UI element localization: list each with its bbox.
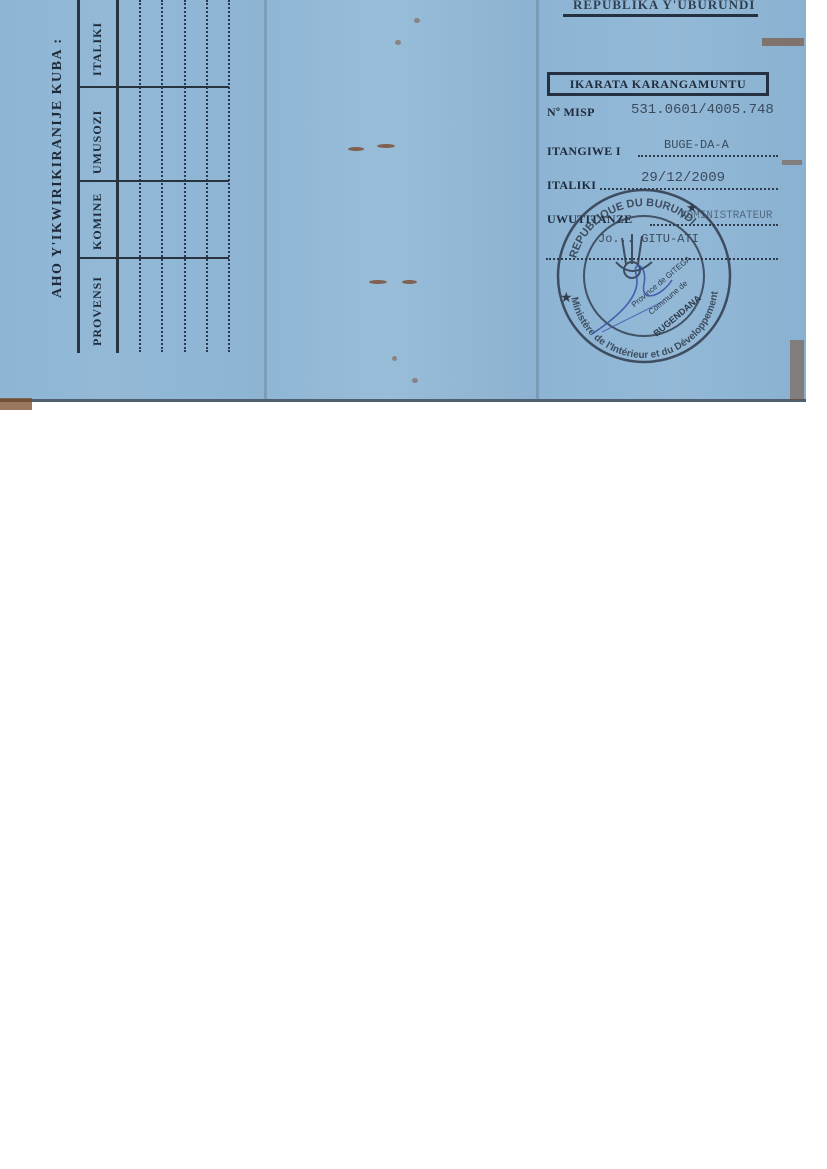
country-name: REPUBLIKA Y'UBURUNDI	[573, 0, 755, 13]
rust-spot	[395, 40, 401, 45]
table-divider	[79, 257, 229, 259]
fold-line	[536, 0, 539, 402]
left-panel	[0, 0, 266, 402]
fold-line	[264, 0, 267, 402]
staple-mark	[377, 144, 395, 148]
field-label-misp: Nº MISP	[547, 105, 595, 120]
stain-mark	[790, 340, 804, 400]
svg-text:★: ★	[560, 291, 573, 306]
stain-mark	[782, 160, 802, 165]
middle-panel	[266, 0, 538, 402]
stain-mark	[762, 38, 804, 46]
column-header-umusozi: UMUSOZI	[90, 110, 105, 174]
staple-mark	[402, 280, 417, 284]
table-dotted-line	[206, 0, 208, 352]
address-history-heading: AHO Y'IKWIRIKIRANIJE KUBA :	[50, 37, 66, 298]
dotted-line	[638, 155, 778, 157]
rust-spot	[392, 356, 397, 361]
staple-mark	[348, 147, 364, 151]
table-border	[116, 0, 119, 353]
column-header-italiki: ITALIKI	[90, 22, 105, 76]
rust-spot	[412, 378, 418, 383]
table-dotted-line	[184, 0, 186, 352]
field-value-misp: 531.0601/4005.748	[631, 102, 774, 118]
column-header-komine: KOMINE	[90, 193, 105, 250]
card-bottom-edge	[0, 399, 806, 402]
table-divider	[79, 180, 229, 182]
table-divider	[79, 86, 229, 88]
field-label-itangiwe: ITANGIWE I	[547, 144, 621, 159]
header-rule	[563, 14, 758, 17]
table-dotted-line	[228, 0, 230, 352]
rust-spot	[414, 18, 420, 23]
official-stamp: REPUBLIQUE DU BURUNDI Ministère de l'Int…	[552, 184, 736, 368]
card-title: IKARATA KARANGAMUNTU	[547, 72, 769, 96]
field-value-itangiwe: BUGE-DA-A	[664, 138, 729, 152]
stain-mark	[0, 398, 32, 410]
staple-mark	[369, 280, 387, 284]
table-dotted-line	[161, 0, 163, 352]
table-dotted-line	[139, 0, 141, 352]
column-header-provensi: PROVENSI	[90, 276, 105, 346]
svg-text:★: ★	[686, 200, 698, 215]
table-border	[77, 0, 80, 353]
